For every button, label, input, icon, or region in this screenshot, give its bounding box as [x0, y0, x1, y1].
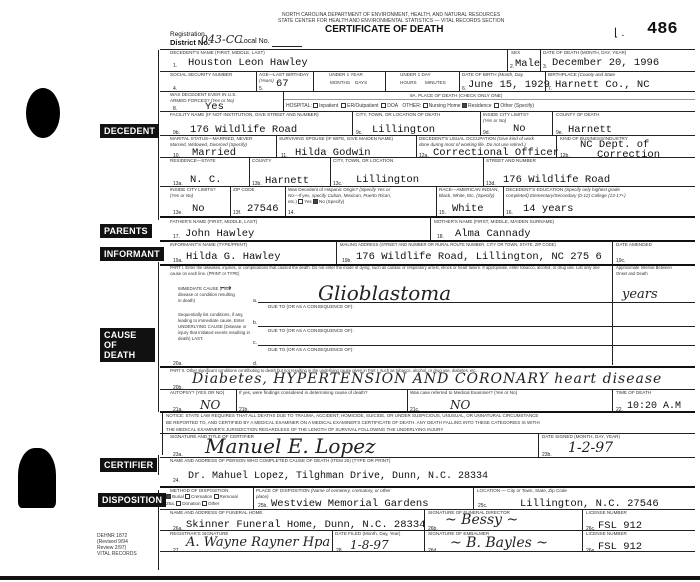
embalmer-signature: ~ B. Bayles ~ [450, 535, 548, 551]
interval-label: Approximate Interval Between Onset and D… [616, 265, 676, 276]
notice-line-1: NOTICE: STATE LAW REQUIRES THAT ALL DEAT… [166, 413, 538, 418]
date-signed-label: DATE SIGNED (Month, Day, Year) [542, 434, 620, 439]
residence-state: N. C. [190, 174, 222, 186]
inside-city-limits: No [513, 123, 526, 135]
director-signature: ~ Bessy ~ [445, 512, 518, 528]
mother-name: Alma Cannady [455, 228, 531, 240]
residence-street-label: STREET AND NUMBER [486, 158, 536, 163]
sex-label: SEX [511, 50, 520, 55]
notice-line-2: BE REPORTED TO, AND CERTIFIED BY A MEDIC… [166, 420, 540, 425]
er-checkbox[interactable] [341, 103, 346, 108]
section-decedent: DECEDENT [100, 124, 159, 138]
dob-label: DATE OF BIRTH (Month, Day, [462, 72, 524, 77]
other-disposition-checkbox[interactable] [202, 501, 207, 506]
mailing-address-label: MAILING ADDRESS (Street and Number or Ru… [340, 242, 556, 247]
place-of-death-options: HOSPITAL: Inpatient ER/Outpatient DOA OT… [286, 103, 534, 109]
res-inside-city-limits: No [192, 203, 205, 215]
certifier-signature: Manuel E. Lopez [205, 434, 376, 458]
number-mark: ⌊ . [614, 26, 624, 39]
punch-hole-bottom [18, 448, 56, 508]
completed-by: Dr. Mahuel Lopez, Tilghman Drive, Dunn, … [188, 471, 488, 482]
due-to-b: DUE TO (OR AS A CONSEQUENCE OF): [268, 328, 354, 333]
residence-checkbox[interactable] [462, 103, 467, 108]
informant-address: 176 Wildlife Road, Lillington, NC 275 6 [356, 251, 602, 263]
hispanic-label: Was Decedent of Hispanic Origin? (Specif… [288, 187, 390, 192]
county-of-death-label: COUNTY OF DEATH [556, 112, 599, 117]
age-label: AGE—Last Birthday [259, 72, 309, 77]
me-label: Was case referred to Medical Examiner? (… [410, 390, 517, 395]
industry-line-2: Correction [597, 149, 660, 161]
armed-forces-label: WAS DECEDENT EVER IN U.S. [170, 92, 237, 97]
part-1-label: PART I. Enter the diseases, injuries, or… [170, 265, 610, 276]
funeral-home-label: NAME AND ADDRESS OF FUNERAL HOME [170, 510, 262, 515]
section-parents: PARENTS [100, 224, 152, 238]
inpatient-checkbox[interactable] [313, 103, 318, 108]
date-filed-label: DATE FILED (Month, Day, Year) [335, 531, 400, 536]
section-informant: INFORMANT [100, 247, 164, 261]
race-label: RACE—American Indian, [439, 187, 499, 192]
section-cause-of-death: CAUSE OFDEATH [100, 328, 155, 362]
donation-checkbox[interactable] [176, 501, 181, 506]
removal-checkbox[interactable] [214, 494, 219, 499]
residence-city: Lillington [356, 174, 419, 186]
father-label: FATHER'S NAME (First, Middle, Last) [170, 219, 257, 224]
hispanic-yes-checkbox[interactable] [298, 199, 303, 204]
part-2-conditions: Diabetes, HYPERTENSION AND CORONARY hear… [192, 371, 662, 387]
autopsy: NO [200, 398, 220, 412]
marital-label: MARITAL STATUS—Married, Never [170, 136, 252, 141]
cremation-checkbox[interactable] [185, 494, 190, 499]
completed-by-label: NAME AND ADDRESS OF PERSON WHO COMPLETED… [170, 458, 390, 463]
residence-street: 176 Wildlife Road [503, 174, 610, 186]
doa-checkbox[interactable] [381, 103, 386, 108]
occupation-label: DECEDENT'S USUAL OCCUPATION (Give kind o… [419, 136, 534, 141]
autopsy-label: AUTOPSY? (Yes or No) [170, 390, 224, 395]
certificate-title: CERTIFICATE OF DEATH [325, 24, 444, 35]
spouse-label: SURVIVING SPOUSE (If wife, give maiden n… [279, 136, 393, 141]
due-to-a: DUE TO (OR AS A CONSEQUENCE OF): [268, 304, 354, 309]
birthplace-label: BIRTHPLACE (County and State [548, 72, 615, 77]
residence-county-label: COUNTY [252, 158, 271, 163]
informant-name-label: INFORMANT'S NAME (Type/Print) [170, 242, 247, 247]
under-1-year-label: UNDER 1 YEAR [329, 72, 363, 77]
nursing-home-checkbox[interactable] [423, 103, 428, 108]
education: 14 years [523, 203, 573, 215]
district-number: 043-CC [201, 33, 243, 46]
city-of-death-label: CITY, TOWN, OR LOCATION OF DEATH [356, 112, 440, 117]
registrar-signature: A. Wayne Rayner Hpa [186, 535, 330, 550]
education-label: DECEDENT'S EDUCATION (Specify only highe… [506, 187, 620, 192]
arrow-icon: ⟶ [220, 283, 231, 292]
burial-checkbox[interactable] [166, 494, 171, 499]
sex: Male [515, 58, 540, 70]
residence-state-label: RESIDENCE—STATE [170, 158, 216, 163]
punch-hole-top [26, 88, 60, 138]
zip-label: ZIP CODE [233, 187, 255, 192]
date-amended-label: DATE AMENDED [616, 242, 652, 247]
interval-a: years [622, 287, 658, 302]
informant-name: Hilda G. Hawley [186, 251, 281, 263]
father-name: John Hawley [185, 228, 254, 240]
findings-label: If yes, were findings considered in dete… [239, 390, 367, 395]
ssn-label: SOCIAL SECURITY NUMBER [170, 72, 232, 77]
location-label: LOCATION — City or Town, State, Zip Code [477, 488, 567, 493]
bottom-border [0, 576, 700, 580]
facility-label: FACILITY NAME (If not institution, give … [170, 112, 319, 117]
res-inside-label: INSIDE CITY LIMITS? [170, 187, 216, 192]
birthplace: Harnett Co., NC [555, 79, 650, 91]
certificate-number: 486 [647, 20, 678, 39]
section-disposition: DISPOSITION [98, 493, 166, 507]
date-of-birth: June 15, 1929 [468, 79, 550, 91]
time-of-death-label: TIME OF DEATH [616, 390, 651, 395]
section-certifier: CERTIFIER [100, 458, 157, 472]
decedent-name: Houston Leon Hawley [188, 57, 308, 69]
form-id-line-4: VITAL RECORDS [97, 551, 137, 557]
age: 67 [276, 78, 289, 90]
date-signed: 1-2-97 [568, 440, 613, 456]
method-label: METHOD OF DISPOSITION [170, 488, 228, 493]
license-label-1: LICENSE NUMBER [586, 510, 627, 515]
medical-examiner: NO [450, 398, 470, 412]
notice-line-3: THE MEDICAL EXAMINER'S JURISDICTION REGA… [166, 427, 443, 432]
place-of-disposition-label: PLACE OF DISPOSITION (Name of cemetery, … [256, 488, 391, 493]
license-label-2: LICENSE NUMBER [586, 531, 627, 536]
hispanic-no-checkbox[interactable] [313, 199, 318, 204]
date-of-death: December 20, 1996 [552, 57, 659, 69]
mother-label: MOTHER'S NAME (First, Middle, Maiden Sur… [434, 219, 554, 224]
registration-label: Registration [170, 31, 205, 38]
inside-city-label: INSIDE CITY LIMITS? [483, 112, 529, 117]
date-filed: 1-8-97 [350, 538, 389, 552]
date-of-death-label: DATE OF DEATH (Month, Day, Year) [543, 50, 626, 55]
local-no-label: Local No. [240, 38, 270, 45]
race: White [452, 203, 484, 215]
due-to-c: DUE TO (OR AS A CONSEQUENCE OF): [268, 347, 354, 352]
place-of-death-label: 9a. PLACE OF DEATH (Check only one) [410, 93, 502, 98]
residence-city-label: CITY, TOWN, OR LOCATION [333, 158, 393, 163]
zip-code: 27546 [247, 203, 279, 215]
sequential-label: Sequentially list conditions, if any, le… [178, 312, 250, 342]
under-1-day-label: UNDER 1 DAY [400, 72, 431, 77]
name-label: DECEDENT'S NAME (First, Middle, Last) [170, 50, 265, 55]
other-checkbox[interactable] [494, 103, 499, 108]
